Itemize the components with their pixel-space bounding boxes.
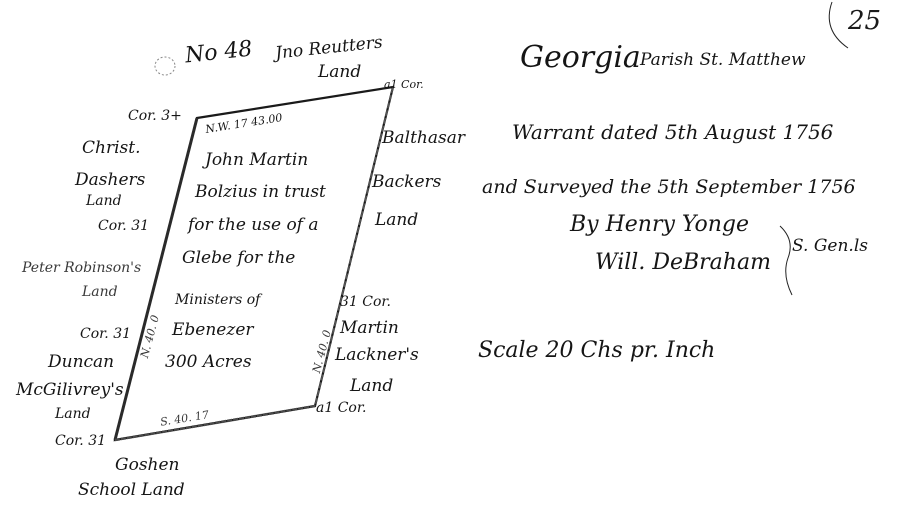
adjoining-right-lower-name: Lackner's [335, 345, 419, 365]
grantee-line-4: Glebe for the [182, 248, 295, 268]
adjoining-right-land: Land [375, 210, 418, 230]
corner-left-1: Cor. 31 [98, 218, 149, 234]
grantee-line-1: John Martin [205, 150, 308, 170]
state-heading: Georgia [520, 40, 641, 75]
surveyor-2: Will. DeBraham [595, 250, 771, 275]
adjoining-right-owner: Balthasar [382, 128, 465, 148]
warrant-date: Warrant dated 5th August 1756 [512, 120, 833, 144]
adjoining-bottom-land: School Land [78, 480, 185, 500]
corner-bottom-right: a1 Cor. [316, 400, 366, 416]
acreage: 300 Acres [165, 352, 252, 372]
adjoining-left-2-land: Land [82, 284, 118, 300]
corner-left-top: Cor. 3+ [128, 108, 182, 124]
adjoining-top-land: Land [318, 62, 361, 82]
surveyor-1: By Henry Yonge [570, 212, 749, 237]
corner-right-lower: 31 Cor. [340, 294, 391, 310]
adjoining-right-name: Backers [372, 172, 441, 192]
page-number-bracket [829, 2, 848, 48]
adjoining-right-lower-land: Land [350, 376, 393, 396]
adjoining-left-1-owner: Christ. [82, 138, 140, 158]
adjoining-bottom-owner: Goshen [115, 455, 180, 475]
adjoining-left-3-land: Land [55, 406, 91, 422]
scale-note: Scale 20 Chs pr. Inch [478, 338, 715, 363]
grantee-line-3: for the use of a [188, 215, 319, 235]
corner-left-3: Cor. 31 [55, 433, 106, 449]
surveyor-bracket [780, 226, 792, 295]
adjoining-left-3-name: McGilivrey's [16, 380, 124, 400]
page-number: 25 [848, 6, 881, 36]
parish-heading: Parish St. Matthew [640, 50, 806, 70]
corner-left-2: Cor. 31 [80, 326, 131, 342]
adjoining-left-1-land: Land [86, 193, 122, 209]
corner-top-right: a1 Cor. [384, 78, 424, 91]
grantee-line-2: Bolzius in trust [195, 182, 326, 202]
adjoining-left-1-name: Dashers [75, 170, 145, 190]
survey-date: and Surveyed the 5th September 1756 [482, 176, 856, 198]
adjoining-right-lower-owner: Martin [340, 318, 399, 338]
grantee-line-5: Ministers of [175, 292, 260, 308]
surveyor-general-title: S. Gen.ls [792, 236, 868, 256]
adjoining-left-3-owner: Duncan [48, 352, 114, 372]
adjoining-left-2-owner: Peter Robinson's [22, 260, 141, 276]
grantee-line-6: Ebenezer [172, 320, 254, 340]
